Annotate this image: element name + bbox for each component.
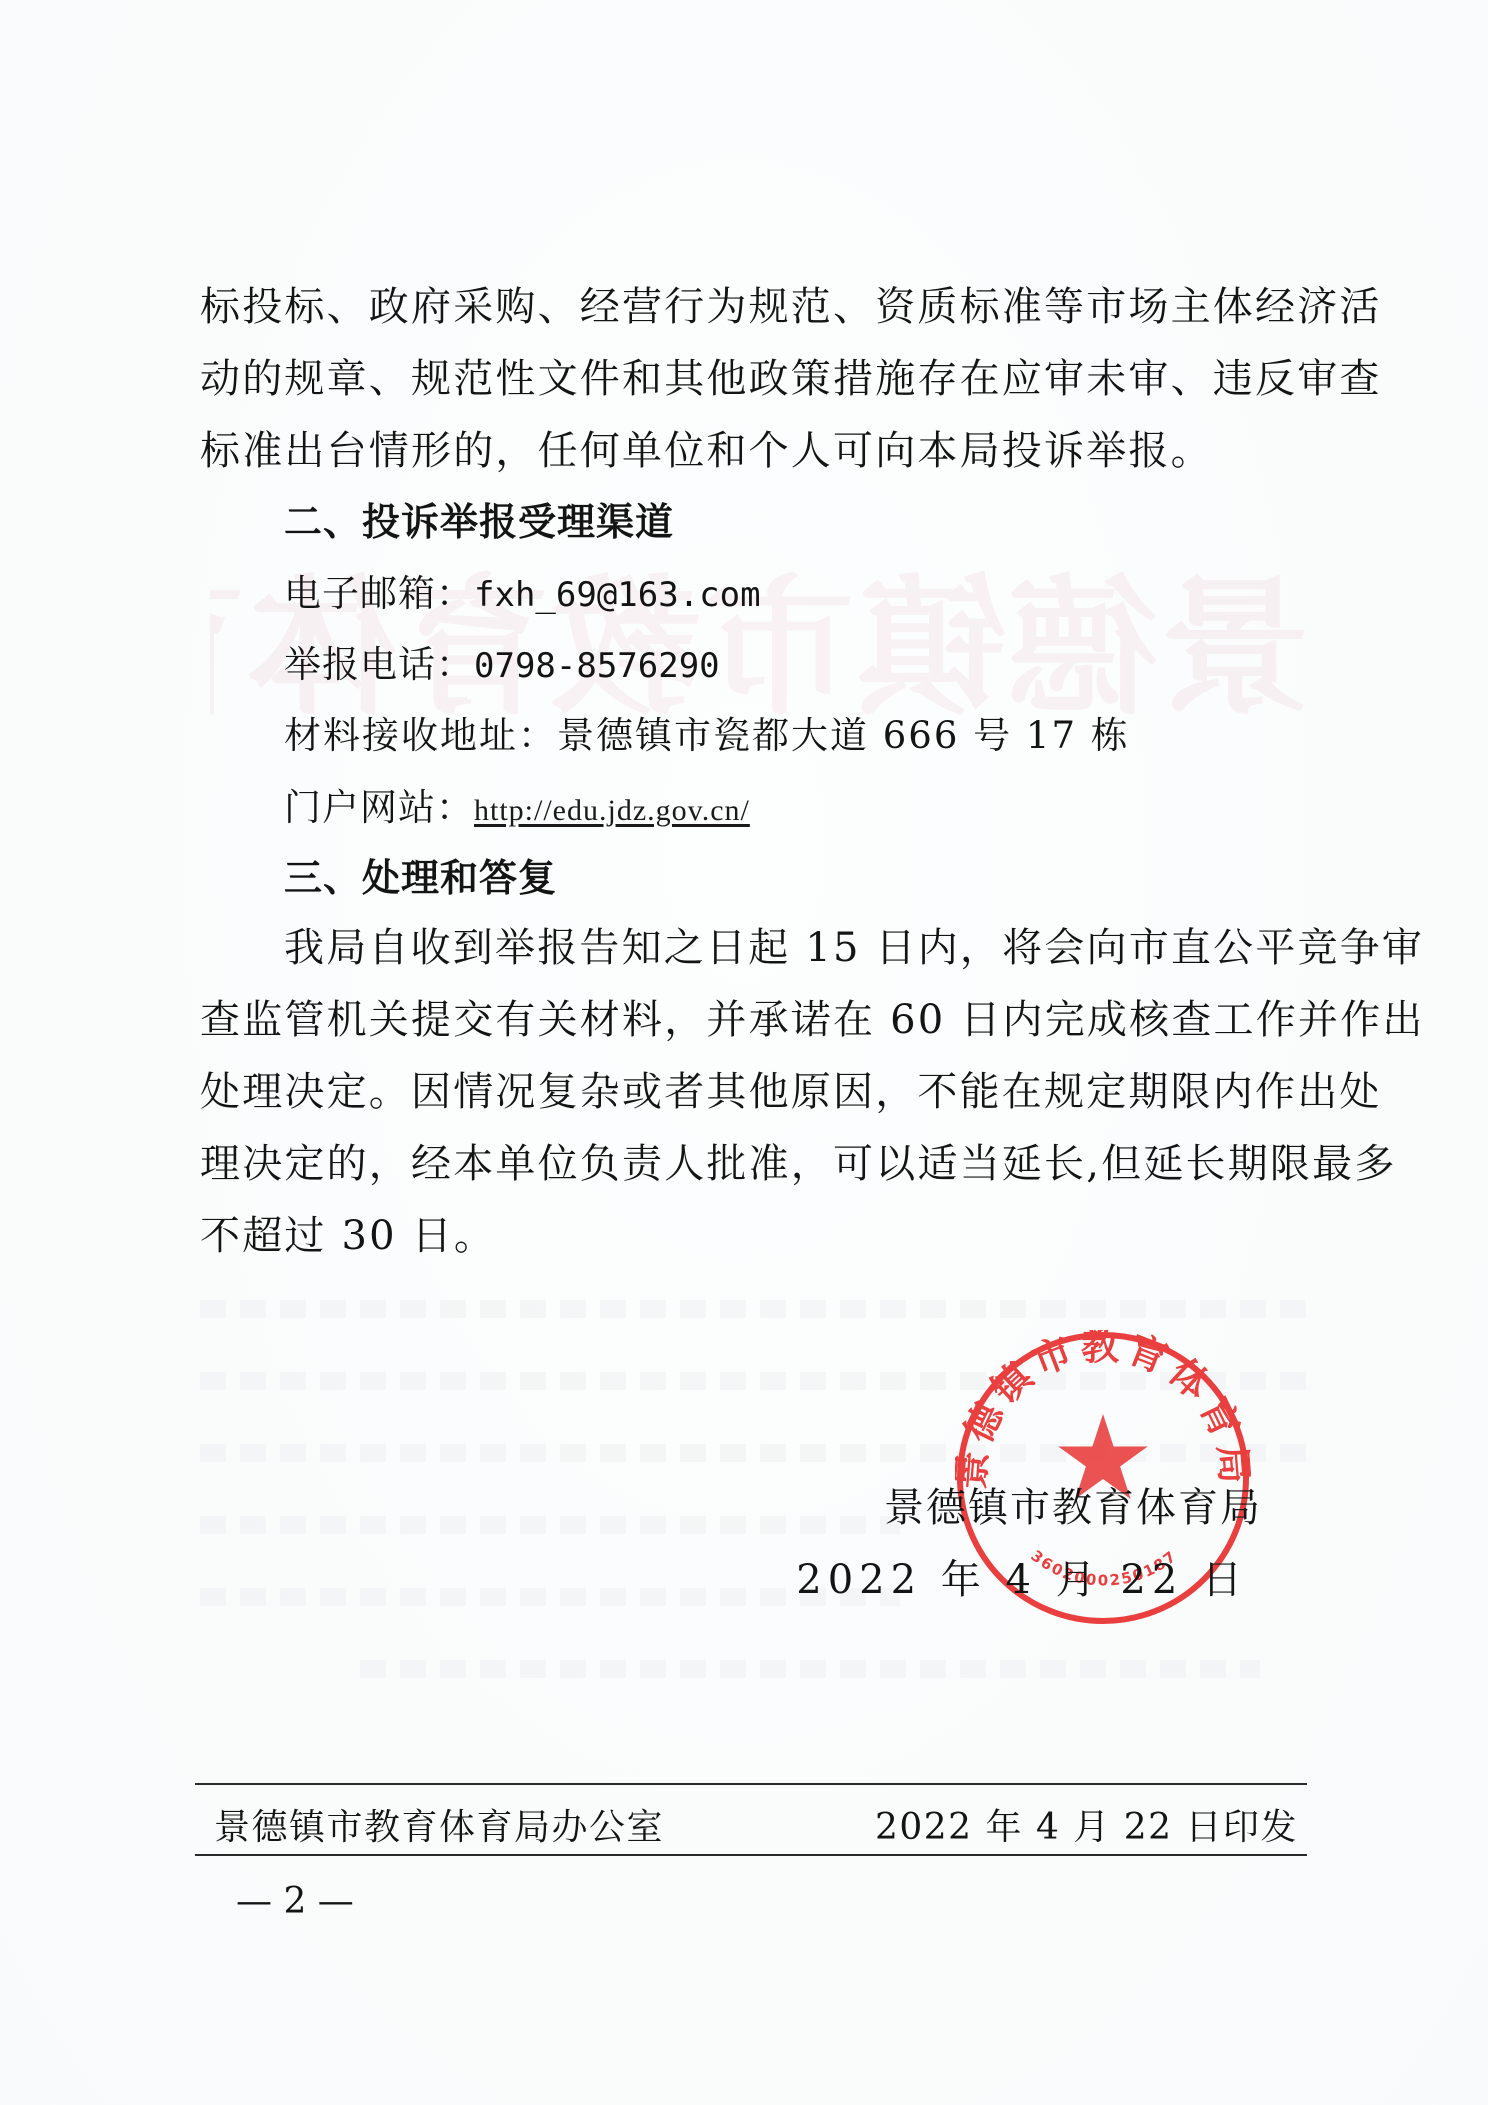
website-link[interactable]: http://edu.jdz.gov.cn/: [474, 794, 750, 827]
section-heading: 二、投诉举报受理渠道: [284, 498, 1384, 546]
paragraph-line: 我局自收到举报告知之日起 15 日内，将会向市直公平竞争审: [284, 924, 1384, 972]
paragraph-line: 理决定的，经本单位负责人批准，可以适当延长,但延长期限最多: [200, 1140, 1300, 1188]
bleed-through-text: [200, 1516, 900, 1534]
email-value[interactable]: fxh_69@163.com: [474, 575, 761, 615]
paragraph-line: 标准出台情形的，任何单位和个人可向本局投诉举报。: [200, 427, 1300, 475]
signature-date: 2022 年 4 月 22 日: [796, 1556, 1248, 1604]
address-value: 景德镇市瓷都大道 666 号 17 栋: [557, 714, 1130, 757]
paragraph-line: 处理决定。因情况复杂或者其他原因，不能在规定期限内作出处: [200, 1068, 1300, 1116]
paragraph-line: 标投标、政府采购、经营行为规范、资质标准等市场主体经济活: [200, 283, 1300, 331]
phone-row: 举报电话：0798-8576290: [284, 641, 1384, 690]
bleed-through-text: [360, 1660, 1260, 1678]
document-page: 景德镇市教育体育局文件 标投标、政府采购、经营行为规范、资质标准等市场主体经济活…: [0, 0, 1488, 2105]
address-row: 材料接收地址：景德镇市瓷都大道 666 号 17 栋: [284, 712, 1384, 760]
page-number: — 2 —: [236, 1880, 354, 1924]
paragraph-line: 动的规章、规范性文件和其他政策措施存在应审未审、违反审查: [200, 355, 1300, 403]
website-row: 门户网站：http://edu.jdz.gov.cn/: [284, 784, 1384, 835]
footer-issue-date: 2022 年 4 月 22 日印发: [875, 1806, 1298, 1850]
email-row: 电子邮箱：fxh_69@163.com: [284, 570, 1384, 619]
bleed-through-text: [200, 1588, 900, 1606]
footer-issuer: 景德镇市教育体育局办公室: [214, 1806, 664, 1850]
website-label: 门户网站：: [284, 786, 474, 829]
footer-bottom-rule: [195, 1854, 1307, 1856]
phone-value: 0798-8576290: [474, 646, 720, 686]
bleed-through-text: [200, 1300, 1310, 1318]
section-heading: 三、处理和答复: [284, 854, 1384, 902]
bleed-through-masthead: 景德镇市教育体育局文件: [210, 540, 1310, 730]
address-label: 材料接收地址：: [284, 714, 557, 757]
signature-organization: 景德镇市教育体育局: [884, 1484, 1262, 1532]
footer-top-rule: [195, 1783, 1307, 1785]
email-label: 电子邮箱：: [284, 572, 474, 615]
paragraph-line: 不超过 30 日。: [200, 1212, 1300, 1260]
paragraph-line: 查监管机关提交有关材料，并承诺在 60 日内完成核查工作并作出: [200, 996, 1300, 1044]
phone-label: 举报电话：: [284, 643, 474, 686]
